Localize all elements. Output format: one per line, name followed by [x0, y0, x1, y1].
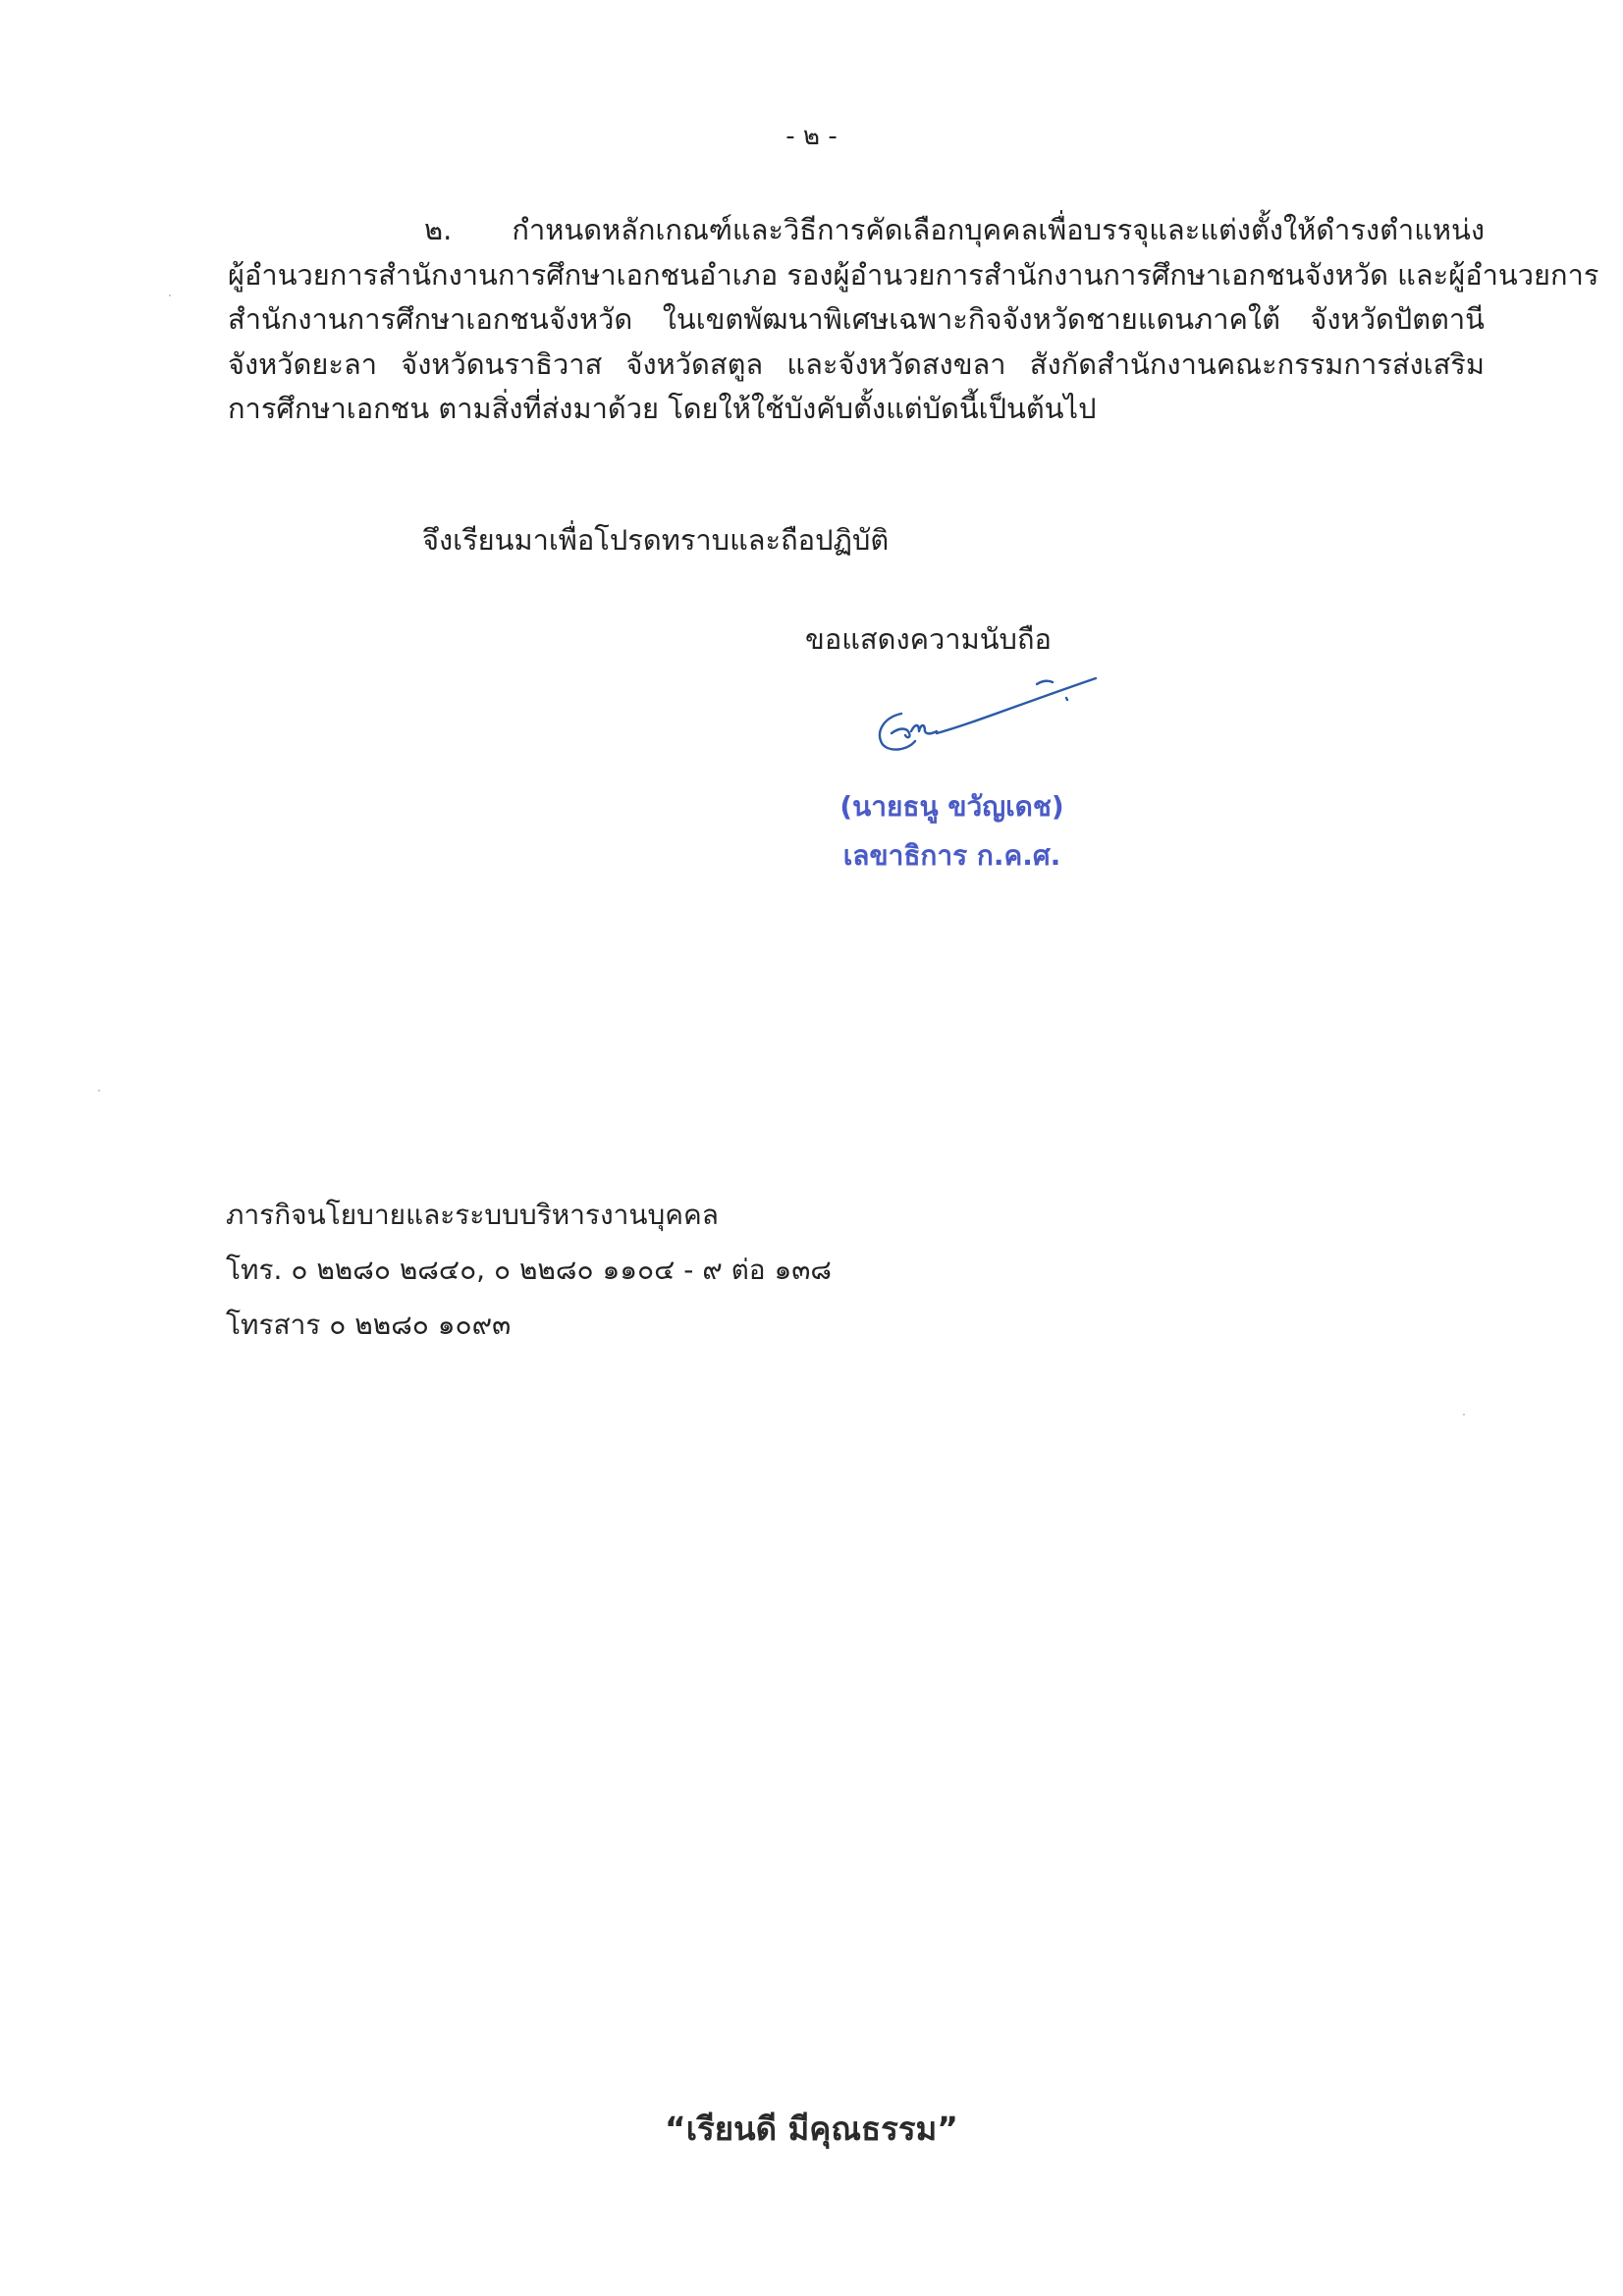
signer-name: (นายธนู ขวัญเดช) — [0, 785, 1623, 828]
closing-line: จึงเรียนมาเพื่อโปรดทราบและถือปฏิบัติ — [422, 517, 889, 562]
scan-speck — [1463, 1414, 1465, 1415]
signer-title: เลขาธิการ ก.ค.ศ. — [0, 834, 1623, 878]
body-paragraph: ๒. กำหนดหลักเกณฑ์และวิธีการคัดเลือกบุคคล… — [228, 208, 1485, 432]
department-name: ภารกิจนโยบายและระบบบริหารงานบุคคล — [226, 1188, 832, 1243]
paragraph-line: การศึกษาเอกชน ตามสิ่งที่ส่งมาด้วย โดยให้… — [228, 387, 1485, 432]
phone-number: โทร. ๐ ๒๒๘๐ ๒๘๔๐, ๐ ๒๒๘๐ ๑๑๐๔ - ๙ ต่อ ๑๓… — [226, 1243, 832, 1298]
scan-speck — [169, 294, 171, 296]
paragraph-line: ผู้อำนวยการสำนักงานการศึกษาเอกชนอำเภอ รอ… — [228, 253, 1485, 298]
page-number: - ๒ - — [0, 116, 1623, 156]
paragraph-line: สำนักงานการศึกษาเอกชนจังหวัด ในเขตพัฒนาพ… — [228, 297, 1485, 343]
regards-text: ขอแสดงความนับถือ — [805, 616, 1052, 662]
motto: “เรียนดี มีคุณธรรม” — [0, 2103, 1623, 2155]
contact-block: ภารกิจนโยบายและระบบบริหารงานบุคคล โทร. ๐… — [226, 1188, 832, 1353]
fax-number: โทรสาร ๐ ๒๒๘๐ ๑๐๙๓ — [226, 1298, 832, 1353]
paragraph-line: จังหวัดยะลา จังหวัดนราธิวาส จังหวัดสตูล … — [228, 343, 1485, 388]
scan-speck — [98, 1090, 100, 1092]
paragraph-line: ๒. กำหนดหลักเกณฑ์และวิธีการคัดเลือกบุคคล… — [228, 208, 1485, 253]
signature-icon — [864, 663, 1109, 771]
